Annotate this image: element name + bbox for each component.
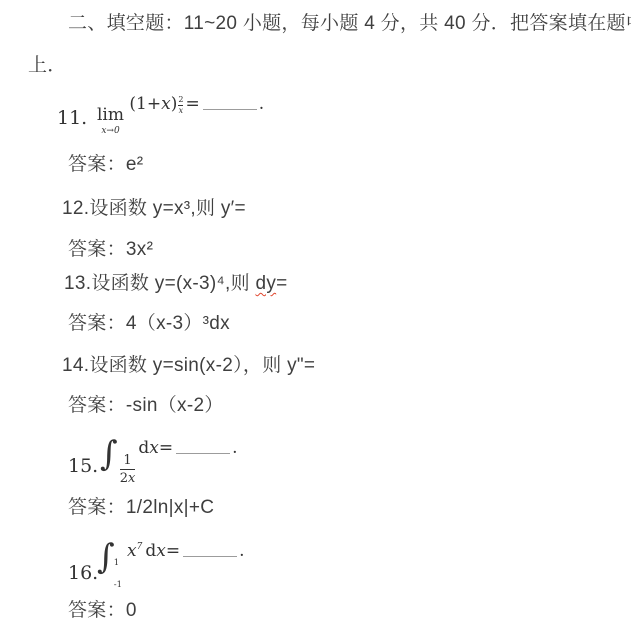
answer-value: 1/2ln|x|+C [126,497,214,518]
answer-blank-line [176,451,230,454]
answer-label: 答案： [68,395,126,416]
equals-sign: = [159,438,173,458]
answer-value: 0 [126,600,137,621]
equals-sign: = [185,94,199,114]
equals-sign: = [166,541,180,561]
denominator-variable: x [128,471,135,486]
answer-label: 答案： [68,497,126,518]
fraction-denominator: 2x [120,472,136,485]
formula-body-var: x [161,94,171,114]
integral-limits: 1-1 [114,559,122,589]
differential-var: x [149,438,159,458]
denominator-coefficient: 2 [120,471,128,486]
period: . [259,94,264,114]
question-15-formula: ∫12xdx=. [100,438,237,485]
answer-label: 答案： [68,313,126,334]
integral-sign: ∫ [100,434,118,474]
answer-label: 答案： [68,239,126,260]
question-13-text-post: = [276,273,287,294]
answer-value: -sin（x-2） [126,395,224,416]
question-11-formula: lim x→0 (1+x)2x=. [97,94,264,136]
period: . [239,541,244,561]
question-15-number: 15. [68,455,98,479]
section-header-line1: 二、填空题：11~20 小题，每小题 4 分，共 40 分．把答案填在题中横线 [68,12,631,36]
worksheet-document: 二、填空题：11~20 小题，每小题 4 分，共 40 分．把答案填在题中横线 … [0,0,631,629]
question-14: 14.设函数 y=sin(x-2），则 y"= [62,354,315,378]
limit-operator: lim x→0 [97,107,124,136]
question-16-formula: ∫1-1x7dx=. [97,541,244,589]
answer-12: 答案：3x² [68,238,153,262]
differential-var: x [156,541,166,561]
fraction-bar [120,469,136,470]
lower-limit: -1 [114,581,122,590]
lim-text: lim [97,107,124,124]
answer-value: 4（x-3）³dx [126,313,230,334]
limit-subscript: x→0 [101,127,119,136]
formula-body-post: ) [171,94,178,114]
section-header-line2: 上． [28,54,67,78]
answer-label: 答案： [68,154,126,175]
answer-15: 答案：1/2ln|x|+C [68,496,214,520]
question-11-number: 11. [57,107,87,131]
answer-value: 3x² [126,239,153,260]
differential-d: d [138,438,149,458]
question-13-dy-term: dy [255,273,276,294]
answer-13: 答案：4（x-3）³dx [68,312,230,336]
formula-body-pre: (1+ [129,94,161,114]
answer-14: 答案：-sin（x-2） [68,394,224,418]
integrand-exponent: 7 [137,542,143,552]
period: . [232,438,237,458]
integrand-variable: x [127,541,137,561]
answer-16: 答案：0 [68,599,137,623]
answer-11: 答案：e² [68,153,143,177]
question-16-number: 16. [68,562,98,586]
differential-d: d [145,541,156,561]
exponent-fraction: 2x [178,96,183,115]
fraction-numerator: 1 [123,454,131,467]
answer-blank-line [203,107,257,110]
integral-sign: ∫ [97,537,115,577]
answer-label: 答案： [68,600,126,621]
question-13-text-pre: 13.设函数 y=(x-3)⁴,则 [64,273,255,294]
answer-value: e² [126,154,144,175]
question-13: 13.设函数 y=(x-3)⁴,则 dy= [64,272,288,296]
exponent-numerator: 2 [178,96,183,104]
upper-limit: 1 [114,559,122,568]
integrand-fraction: 12x [120,454,136,485]
exponent-denominator: x [179,107,184,115]
answer-blank-line [183,554,237,557]
question-12: 12.设函数 y=x³,则 y′= [62,197,246,221]
